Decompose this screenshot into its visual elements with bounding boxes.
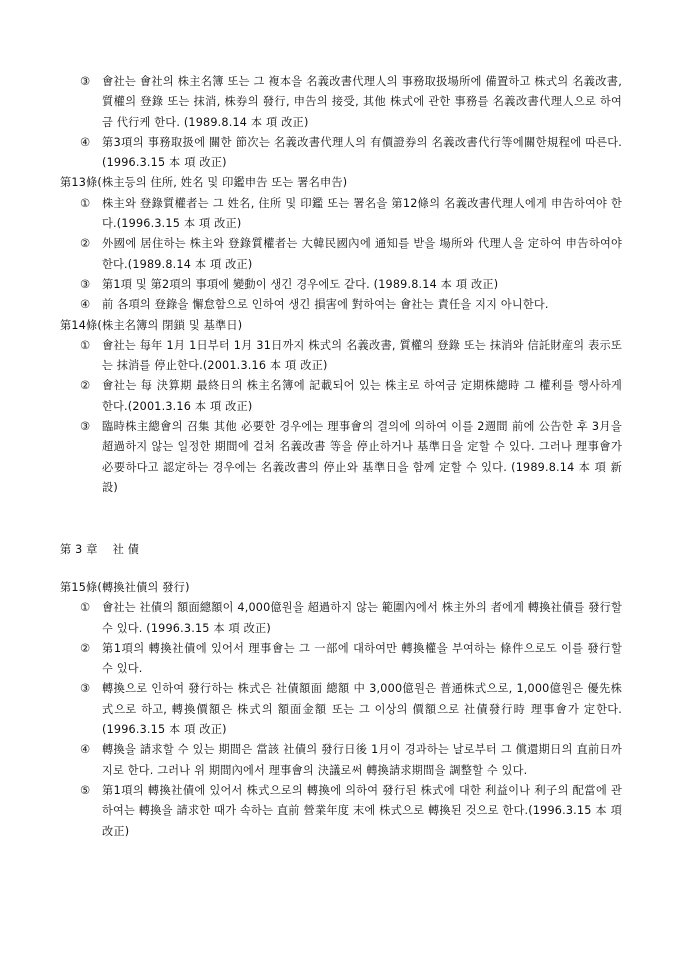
article-13-item-1: ① 株主와 登錄質權者는 그 姓名, 住所 및 印鑑 또는 署名을 第12條의 … (60, 194, 622, 235)
item-marker: ① (80, 598, 90, 618)
item-marker: ④ (80, 295, 90, 315)
article-14-item-1: ① 會社는 每年 1月 1日부터 1月 31日까지 株式의 名義改書, 質權의 … (60, 336, 622, 377)
article-14-item-2: ② 會社는 每 決算期 最終日의 株主名簿에 記載되어 있는 株主로 하여금 定… (60, 376, 622, 417)
item-text: 轉換으로 인하여 發行하는 株式은 社債額面 總額 中 3,000億원은 普通株… (102, 682, 622, 736)
item-marker: ① (80, 194, 90, 214)
article-15-item-3: ③ 轉換으로 인하여 發行하는 株式은 社債額面 總額 中 3,000億원은 普… (60, 679, 622, 740)
item-marker: ③ (80, 72, 90, 92)
document-page: ③ 會社는 會社의 株主名簿 또는 그 複本을 名義改書代理人의 事務取扱場所에… (0, 0, 680, 962)
article-14-item-3: ③ 臨時株主總會의 召集 其他 必要한 경우에는 理事會의 결의에 의하여 이를… (60, 417, 622, 498)
item-text: 第1項의 轉換社債에 있어서 株式으로의 轉換에 의하여 發行된 株式에 대한 … (102, 784, 622, 838)
article-13-heading: 第13條(株主등의 住所, 姓名 및 印鑑申告 또는 署名申告) (60, 173, 622, 193)
article-14-heading: 第14條(株主名簿의 閉鎖 및 基準日) (60, 316, 622, 336)
item-text: 轉換을 請求할 수 있는 期間은 當該 社債의 發行日後 1月이 경과하는 날로… (102, 743, 622, 776)
item-marker: ② (80, 234, 90, 254)
article-15-item-1: ① 會社는 社債의 額面總額이 4,000億원을 超過하지 않는 範圍內에서 株… (60, 598, 622, 639)
article-13-item-2: ② 外國에 居住하는 株主와 登錄質權者는 大韓民國內에 通知를 받을 場所와 … (60, 234, 622, 275)
articles-12-14: ③ 會社는 會社의 株主名簿 또는 그 複本을 名義改書代理人의 事務取扱場所에… (60, 72, 622, 498)
item-text: 臨時株主總會의 召集 其他 必要한 경우에는 理事會의 결의에 의하여 이를 2… (102, 420, 622, 494)
article-15-item-4: ④ 轉換을 請求할 수 있는 期間은 當該 社債의 發行日後 1月이 경과하는 … (60, 740, 622, 781)
item-text: 會社는 社債의 額面總額이 4,000億원을 超過하지 않는 範圍內에서 株主外… (102, 601, 622, 634)
article-15-item-2: ② 第1項의 轉換社債에 있어서 理事會는 그 一部에 대하여만 轉換權을 부여… (60, 639, 622, 680)
item-marker: ③ (80, 275, 90, 295)
article-15: 第15條(轉換社債의 發行) ① 會社는 社債의 額面總額이 4,000億원을 … (60, 578, 622, 842)
item-marker: ④ (80, 133, 90, 153)
item-text: 前 各項의 登錄을 懈怠함으로 인하여 생긴 損害에 對하여는 會社는 責任을 … (102, 298, 549, 311)
item-text: 第1項의 轉換社債에 있어서 理事會는 그 一部에 대하여만 轉換權을 부여하는… (102, 642, 622, 675)
article-15-item-5: ⑤ 第1項의 轉換社債에 있어서 株式으로의 轉換에 의하여 發行된 株式에 대… (60, 781, 622, 842)
item-text: 株主와 登錄質權者는 그 姓名, 住所 및 印鑑 또는 署名을 第12條의 名義… (102, 197, 622, 230)
item-text: 會社는 每 決算期 最終日의 株主名簿에 記載되어 있는 株主로 하여금 定期株… (102, 379, 622, 412)
item-text: 會社는 會社의 株主名簿 또는 그 複本을 名義改書代理人의 事務取扱場所에 備… (102, 75, 622, 129)
item-marker: ② (80, 376, 90, 396)
chapter-3-title: 第 3 章 社 債 (60, 540, 622, 560)
item-text: 外國에 居住하는 株主와 登錄質權者는 大韓民國內에 通知를 받을 場所와 代理… (102, 237, 622, 270)
item-text: 會社는 每年 1月 1日부터 1月 31日까지 株式의 名義改書, 質權의 登錄… (102, 339, 622, 372)
article-12-item-4: ④ 第3項의 事務取扱에 關한 節次는 名義改書代理人의 有價證券의 名義改書代… (60, 133, 622, 174)
article-12-item-3: ③ 會社는 會社의 株主名簿 또는 그 複本을 名義改書代理人의 事務取扱場所에… (60, 72, 622, 133)
item-marker: ④ (80, 740, 90, 760)
item-marker: ⑤ (80, 781, 90, 801)
item-text: 第1項 및 第2項의 事項에 變動이 생긴 경우에도 같다. (1989.8.1… (102, 278, 498, 291)
item-marker: ③ (80, 679, 90, 699)
article-13-item-3: ③ 第1項 및 第2項의 事項에 變動이 생긴 경우에도 같다. (1989.8… (60, 275, 622, 295)
item-text: 第3項의 事務取扱에 關한 節次는 名義改書代理人의 有價證券의 名義改書代行等… (102, 136, 622, 169)
item-marker: ② (80, 639, 90, 659)
item-marker: ① (80, 336, 90, 356)
article-13-item-4: ④ 前 各項의 登錄을 懈怠함으로 인하여 생긴 損害에 對하여는 會社는 責任… (60, 295, 622, 315)
article-15-heading: 第15條(轉換社債의 發行) (60, 578, 622, 598)
item-marker: ③ (80, 417, 90, 437)
